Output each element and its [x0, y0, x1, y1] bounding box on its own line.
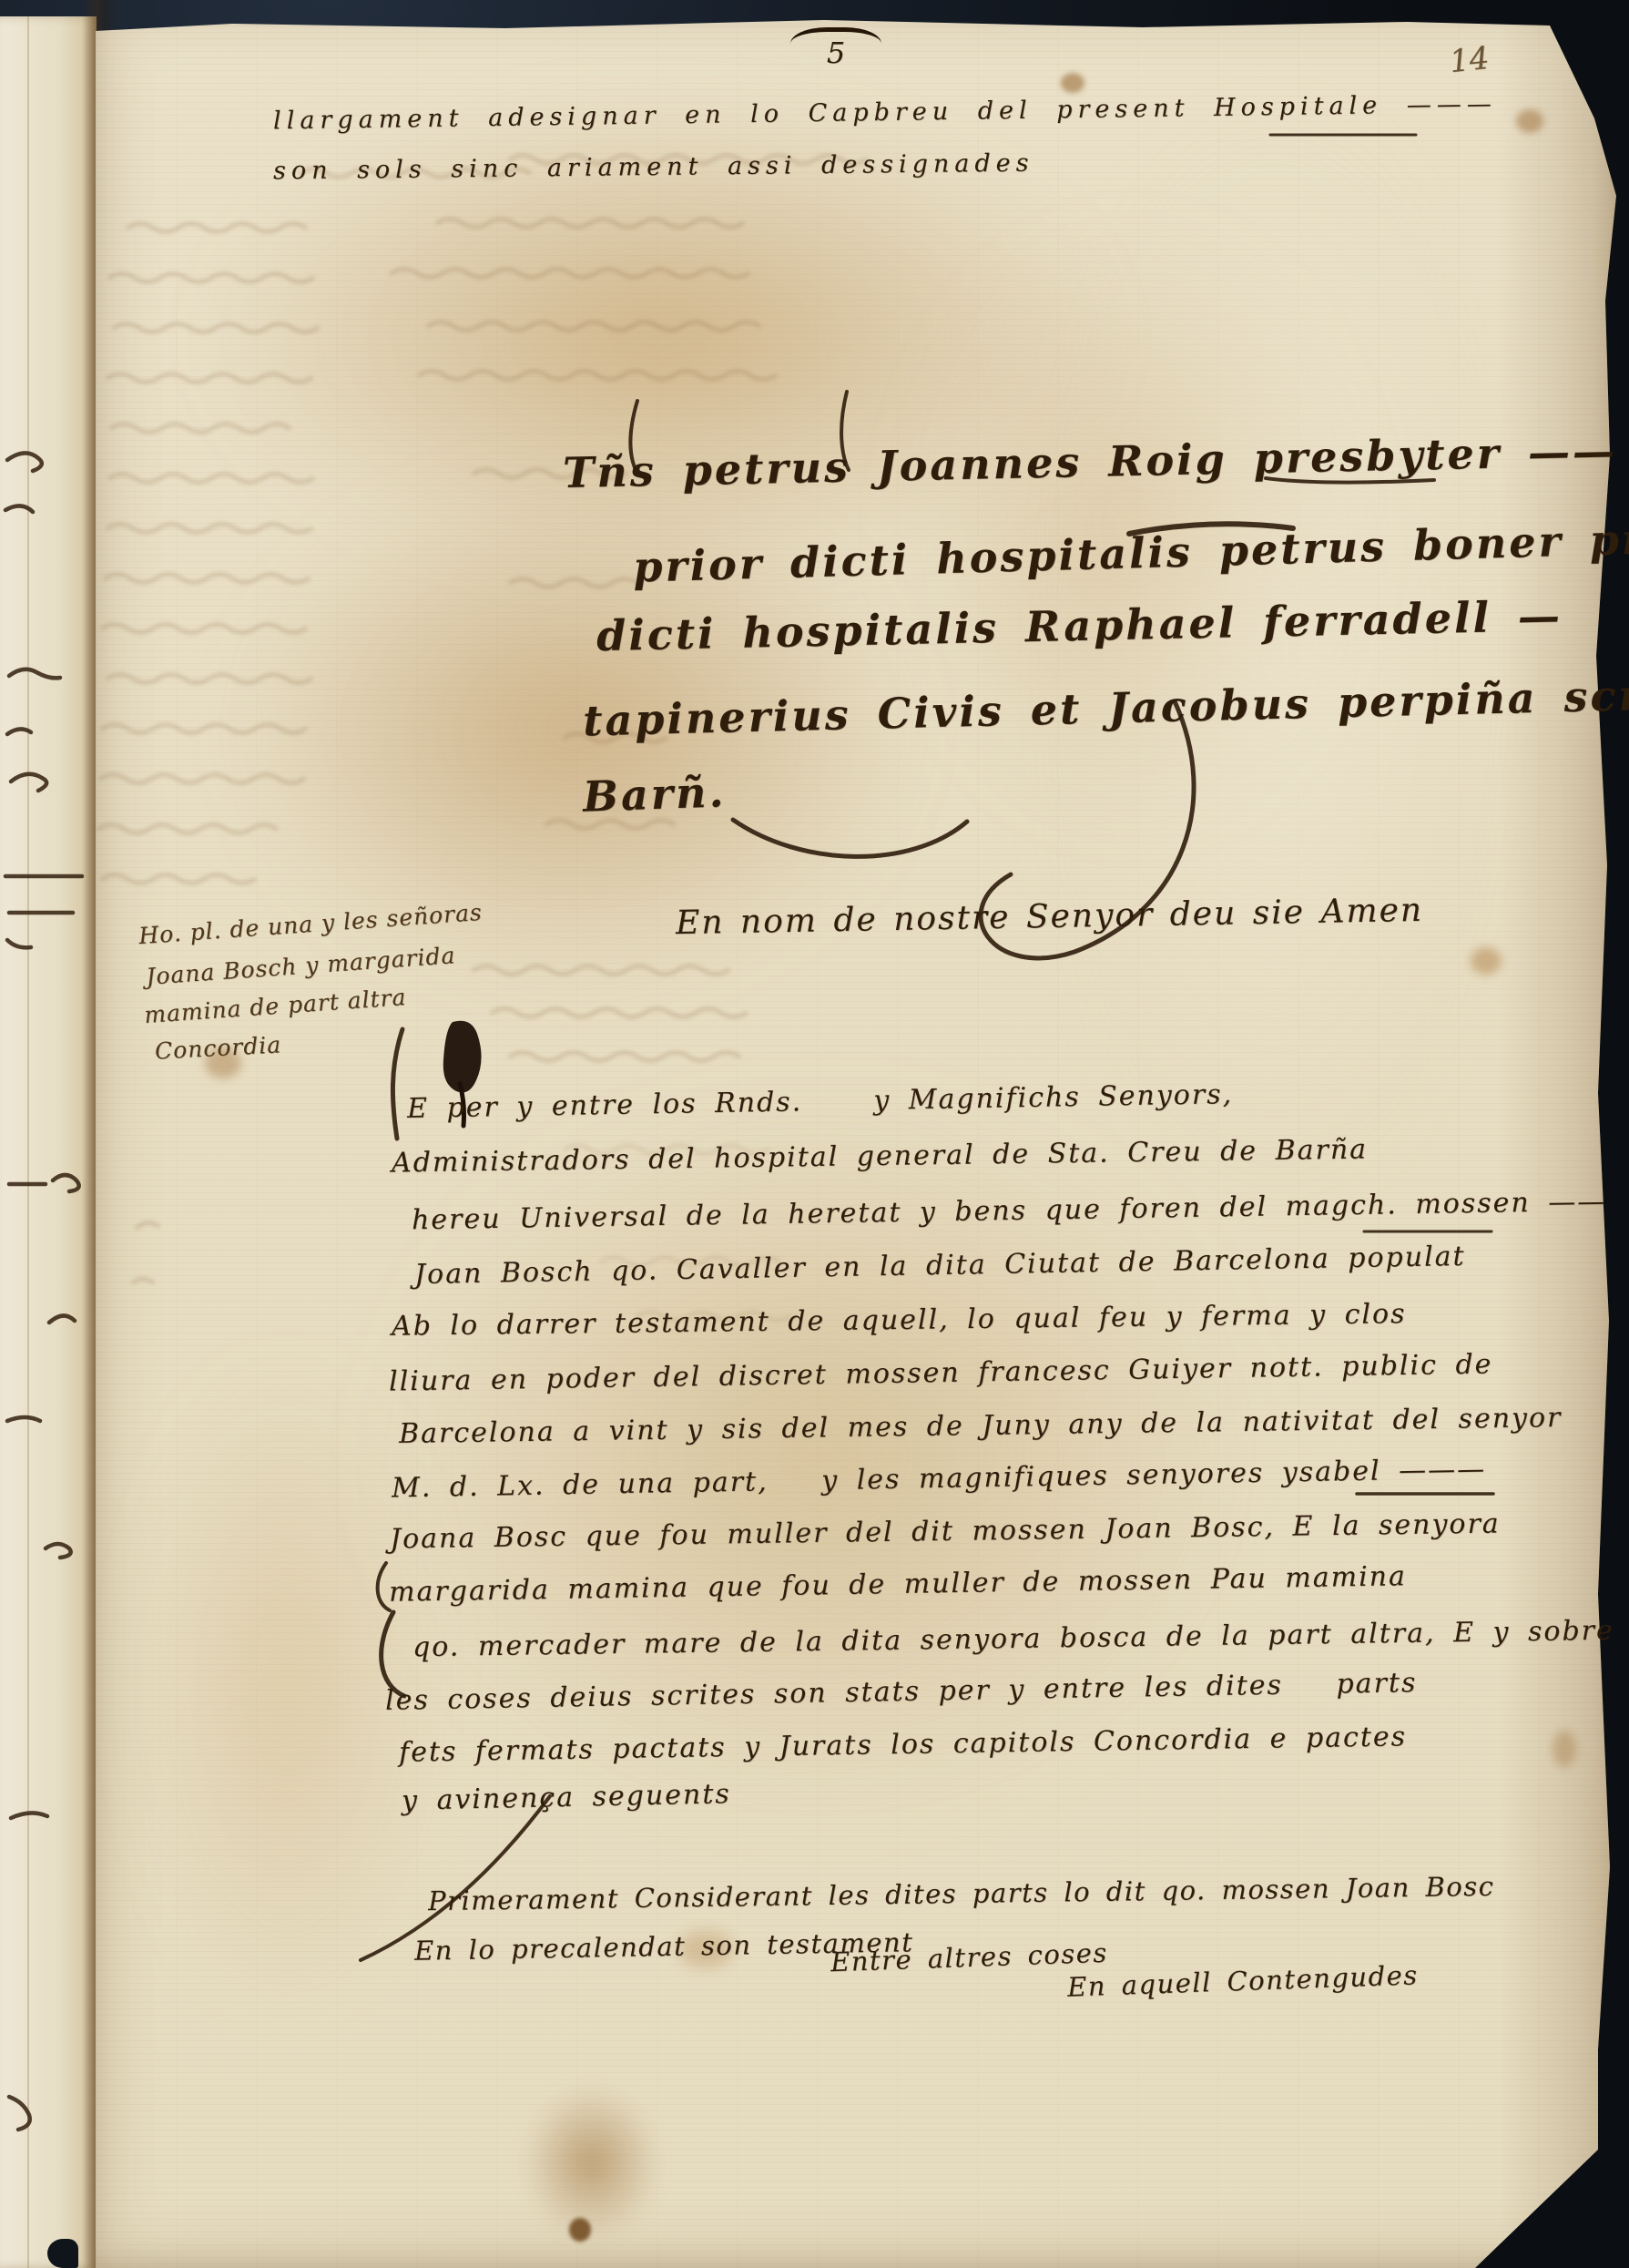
body-line: lliura en poder del discret mossen franc… — [389, 1348, 1493, 1397]
body-line: les coses deius scrites son stats per y … — [385, 1667, 1418, 1717]
header-line: llargament adesignar en lo Capbreu del p… — [273, 90, 1497, 136]
handwriting-layer: 5 14 llargament adesignar en lo Capbreu … — [0, 0, 1629, 2268]
witness-line: prior dicti hospitalis petrus boner prev… — [632, 510, 1629, 591]
witness-line: Barñ. — [582, 767, 727, 821]
body-line: qo. mercader mare de la dita senyora bos… — [412, 1615, 1614, 1663]
body-line: Ab lo darrer testament de aquell, lo qua… — [392, 1298, 1407, 1343]
body-line: fets fermats pactats y Jurats los capito… — [399, 1721, 1408, 1768]
body-line: y avinença seguents — [402, 1778, 731, 1817]
manuscript-photo: 5 14 llargament adesignar en lo Capbreu … — [0, 0, 1629, 2268]
body-line: Joana Bosc que fou muller del dit mossen… — [390, 1507, 1501, 1555]
closing-line: Primerament Considerant les dites parts … — [428, 1871, 1495, 1916]
body-line: Administradors del hospital general de S… — [392, 1134, 1369, 1180]
closing-line: En aquell Contengudes — [1067, 1959, 1420, 2002]
body-line: Barcelona a vint y sis del mes de Juny a… — [399, 1402, 1563, 1450]
page-number: 14 — [1448, 40, 1491, 80]
body-line: M. d. Lx. de una part, y les magnifiques… — [392, 1454, 1487, 1505]
margin-note-line: Joana Bosch y margarida — [145, 942, 456, 990]
margin-note-line: mamina de part altra — [143, 984, 407, 1028]
witness-line: Tñs petrus Joannes Roig presbyter —— — [563, 426, 1618, 497]
body-line: margarida mamina que fou de muller de mo… — [389, 1560, 1407, 1609]
body-line: Joan Bosch qo. Cavaller en la dita Ciuta… — [414, 1241, 1466, 1291]
header-line: son sols sinc ariament assi dessignades — [273, 149, 1034, 186]
margin-note-line: Concordia — [154, 1031, 282, 1064]
witness-line: tapinerius Civis et Jacobus perpiña scri… — [583, 666, 1629, 745]
margin-note-line: Ho. pl. de una y les señoras — [137, 899, 483, 949]
witness-line: dicti hospitalis Raphael ferradell — — [596, 591, 1563, 660]
body-line: hereu Universal de la heretat y bens que… — [412, 1186, 1607, 1237]
invocation-line: En nom de nostre Senyor deu sie Amen — [676, 892, 1424, 942]
folio-mark: 5 — [790, 27, 881, 70]
body-line: E per y entre los Rnds. y Magnifichs Sen… — [407, 1078, 1234, 1125]
